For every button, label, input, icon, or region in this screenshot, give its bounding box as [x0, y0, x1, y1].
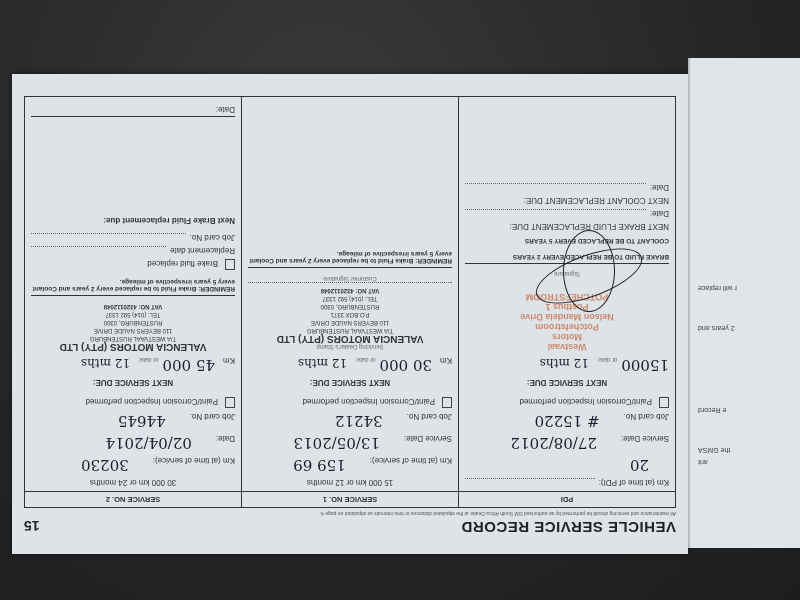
service2-job-label2: Job card No.	[190, 233, 235, 242]
service1-paint-label: Paint/Corrosion Inspection performed	[302, 397, 435, 406]
facing-fragment: e Record	[698, 406, 726, 413]
service1-km-value[interactable]: 159 69	[293, 456, 346, 474]
pdi-job-value[interactable]: # 15220	[535, 412, 600, 430]
service2-interval: 30 000 km or 24 months	[31, 478, 235, 487]
service1-heading: SERVICE NO. 1	[242, 491, 458, 507]
service2-column: SERVICE NO. 2 30 000 km or 24 months Km …	[25, 97, 241, 507]
service1-date-label: Service Date:	[404, 434, 452, 443]
service1-job-label: Job card No.	[407, 412, 452, 421]
service2-next-brake-label: Next Brake Fluid replacement due:	[31, 216, 235, 225]
service1-km-short: Km	[440, 356, 452, 365]
service1-km-label: Km (at time of service):	[370, 456, 452, 465]
service1-dealer-stamp: Servicing Dealer's Stamp VALENCIA MOTORS…	[248, 274, 452, 350]
brake-replaced-label: Brake fluid replaced	[147, 259, 218, 268]
service1-interval: 15 000 km or 12 months	[248, 478, 452, 487]
service2-job-label: Job card No.	[190, 412, 235, 421]
service2-reminder: REMINDER: Brake Fluid to be replaced eve…	[31, 278, 235, 296]
page-number: 15	[24, 518, 40, 534]
facing-fragment: r will replace	[698, 284, 737, 291]
coolant-reminder: COOLANT TO BE REPLACED EVERY 5 YEARS	[465, 237, 669, 247]
facing-fragment: the GMSA	[698, 446, 730, 453]
service2-job-value[interactable]: 44645	[118, 412, 166, 430]
facing-fragment: 2 years and	[698, 324, 735, 331]
service1-next-km[interactable]: 30 000	[380, 356, 433, 374]
service1-column: SERVICE NO. 1 15 000 km or 12 months Km …	[241, 97, 458, 507]
service2-dealer-stamp: VALENCIA MOTORS (PTY) LTD T/A WESTVAAL R…	[31, 302, 235, 350]
service1-or-date-label: or date:	[355, 356, 375, 362]
footnote: All maintenance and servicing should be …	[24, 510, 676, 516]
service1-next-date[interactable]: 12 mths	[298, 356, 347, 370]
service2-date-label: Date:	[216, 434, 235, 443]
pdi-or-date-label: or date:	[597, 356, 617, 362]
service1-reminder: REMINDER: Brake Fluid to be replaced eve…	[248, 250, 452, 268]
facing-fragment: ant	[698, 458, 708, 465]
pdi-km-label: Km (at time of PDI):	[599, 478, 669, 487]
coolant-date-label: Date:	[650, 183, 669, 192]
next-coolant-label: NEXT COOLANT REPLACEMENT DUE:	[524, 196, 669, 205]
signature-scribble-2	[563, 230, 615, 312]
service1-job-value[interactable]: 34212	[335, 412, 383, 430]
pdi-date-value[interactable]: 27/08/2012	[511, 434, 597, 452]
service2-km-label: Km (at time of service):	[153, 456, 235, 465]
pdi-heading: PDI	[459, 491, 675, 507]
service-book-page: VEHICLE SERVICE RECORD 15 All maintenanc…	[12, 74, 688, 554]
facing-page: ant the GMSA e Record 2 years and r will…	[688, 58, 800, 548]
service2-km-value[interactable]: 30230	[81, 456, 129, 474]
service2-heading: SERVICE NO. 2	[25, 491, 241, 507]
brake-date-label: Date:	[650, 209, 669, 218]
pdi-next-date[interactable]: 12 mths	[540, 356, 589, 370]
service1-date-value[interactable]: 13/05/2013	[294, 434, 380, 452]
service2-paint-label: Paint/Corrosion Inspection performed	[85, 397, 218, 406]
service-grid: PDI Km (at time of PDI): 20 Service Date…	[24, 96, 676, 508]
service2-km-short: Km	[223, 356, 235, 365]
service2-or-date-label: or date:	[138, 356, 158, 362]
pdi-paint-label: Paint/Corrosion Inspection performed	[519, 397, 652, 406]
service2-date-label2: Date:	[216, 105, 235, 114]
service1-paint-checkbox[interactable]	[442, 397, 452, 408]
service2-next-km[interactable]: 45 000	[163, 356, 216, 374]
replacement-date-label: Replacement date	[170, 246, 235, 255]
pdi-date-label: Service Date:	[621, 434, 669, 443]
brake-replaced-checkbox[interactable]	[225, 259, 235, 270]
pdi-column: PDI Km (at time of PDI): 20 Service Date…	[458, 97, 675, 507]
page-title: VEHICLE SERVICE RECORD	[461, 518, 676, 535]
pdi-next-due: NEXT SERVICE DUE:	[465, 378, 669, 387]
service1-next-due: NEXT SERVICE DUE:	[248, 378, 452, 387]
service2-next-date[interactable]: 12 mths	[81, 356, 130, 370]
pdi-paint-checkbox[interactable]	[659, 397, 669, 408]
pdi-next-km[interactable]: 15000	[621, 356, 669, 374]
service2-next-due: NEXT SERVICE DUE:	[31, 378, 235, 387]
service2-date-value[interactable]: 02/04/2014	[105, 434, 191, 452]
pdi-km-value[interactable]: 20	[465, 456, 649, 474]
service2-paint-checkbox[interactable]	[225, 397, 235, 408]
pdi-job-label: Job card No.	[624, 412, 669, 421]
